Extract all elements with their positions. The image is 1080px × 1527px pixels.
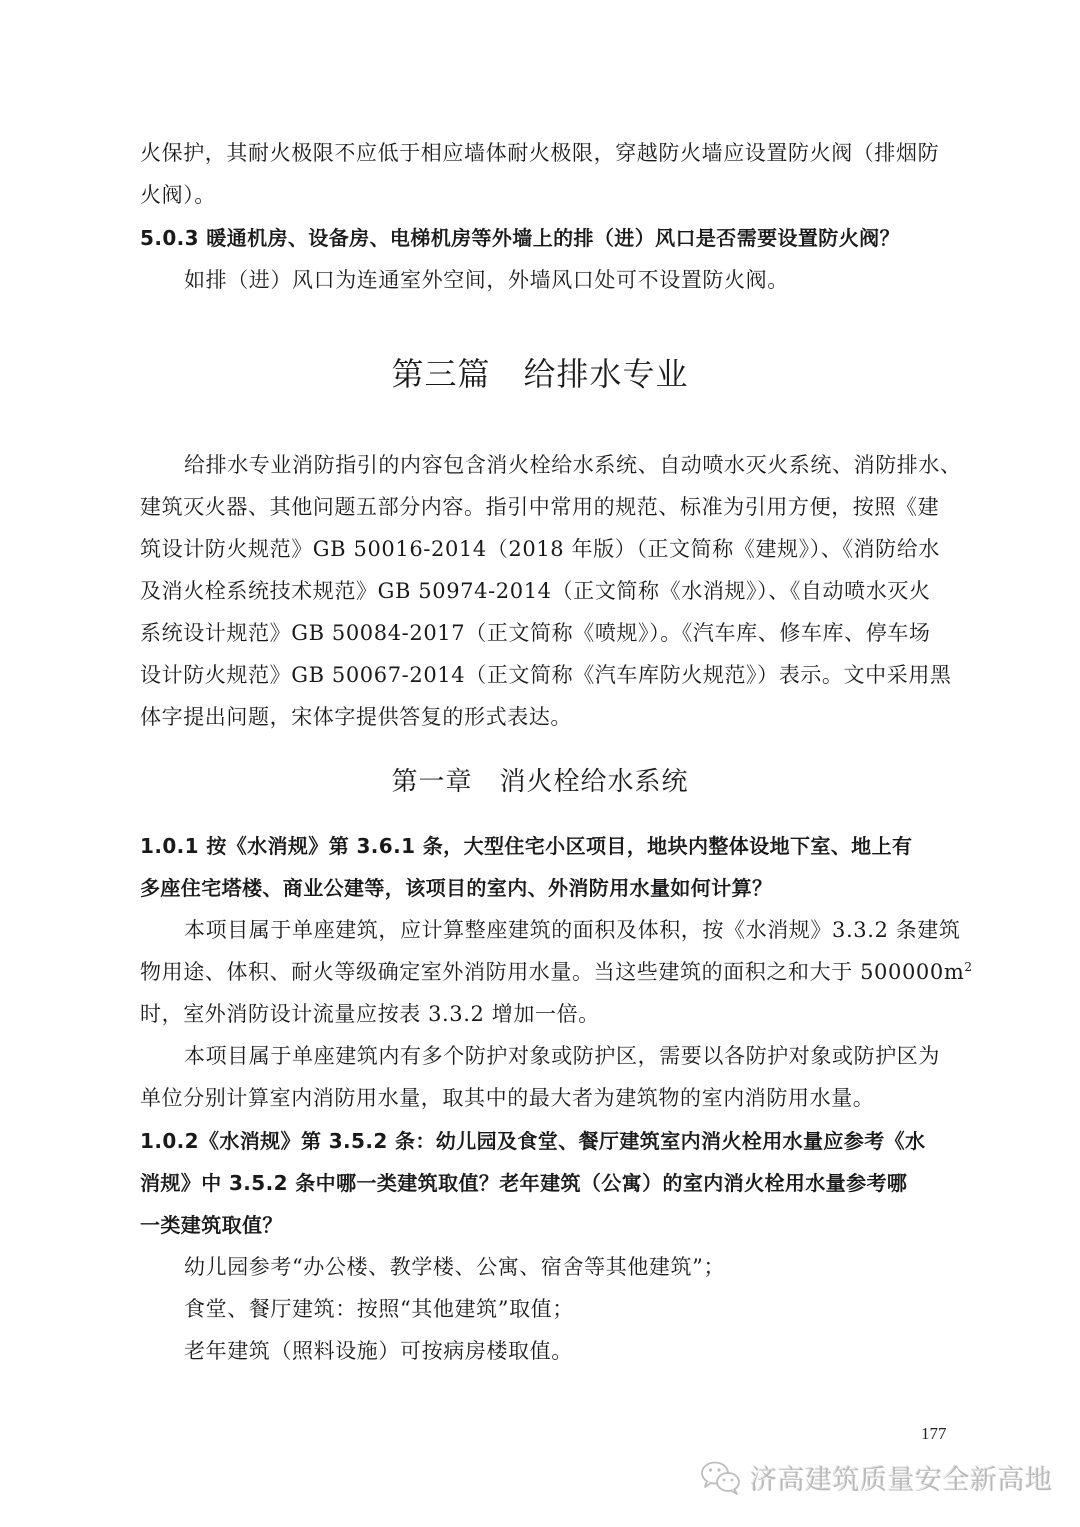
answer-text: 物用途、体积、耐火等级确定室外消防用水量。当这些建筑的面积之和大于 500000… xyxy=(140,960,964,984)
answer-1-0-1-line: 单位分别计算室内消防用水量，取其中的最大者为建筑物的室内消防用水量。 xyxy=(140,1083,874,1113)
answer-1-0-2-item: 幼儿园参考“办公楼、教学楼、公寓、宿舍等其他建筑”； xyxy=(184,1252,725,1282)
intro-line: 建筑灭火器、其他问题五部分内容。指引中常用的规范、标准为引用方便，按照《建 xyxy=(140,492,939,522)
body-line: 火阀）。 xyxy=(140,180,216,210)
answer-5-0-3: 如排（进）风口为连通室外空间，外墙风口处可不设置防火阀。 xyxy=(184,265,789,295)
watermark: 济高建筑质量安全新高地 xyxy=(700,1458,1053,1497)
question-1-0-2: 消规》中 3.5.2 条中哪一类建筑取值？老年建筑（公寓）的室内消火栓用水量参考… xyxy=(140,1168,907,1198)
intro-line: 筑设计防火规范》GB 50016-2014（2018 年版）（正文简称《建规》）… xyxy=(140,534,940,564)
answer-1-0-1-line: 本项目属于单座建筑内有多个防护对象或防护区，需要以各防护对象或防护区为 xyxy=(184,1041,940,1071)
intro-line: 系统设计规范》GB 50084-2017（正文简称《喷规》）。《汽车库、修车库、… xyxy=(140,618,931,648)
answer-1-0-1-line: 本项目属于单座建筑，应计算整座建筑的面积及体积，按《水消规》3.3.2 条建筑 xyxy=(184,915,961,945)
intro-line: 体字提出问题，宋体字提供答复的形式表达。 xyxy=(140,702,572,732)
question-1-0-1: 多座住宅塔楼、商业公建等，该项目的室内、外消防用水量如何计算？ xyxy=(140,873,772,903)
intro-line: 给排水专业消防指引的内容包含消火栓给水系统、自动喷水灭火系统、消防排水、 xyxy=(184,450,962,480)
wechat-icon xyxy=(700,1460,742,1496)
chapter-title: 第一章 消火栓给水系统 xyxy=(140,764,940,800)
watermark-text: 济高建筑质量安全新高地 xyxy=(750,1458,1053,1497)
intro-line: 及消火栓系统技术规范》GB 50974-2014（正文简称《水消规》）、《自动喷… xyxy=(140,576,931,606)
question-1-0-1: 1.0.1 按《水消规》第 3.6.1 条，大型住宅小区项目，地块内整体设地下室… xyxy=(140,831,912,861)
body-line: 火保护，其耐火极限不应低于相应墙体耐火极限，穿越防火墙应设置防火阀（排烟防 xyxy=(140,138,939,168)
answer-1-0-2-item: 食堂、餐厅建筑：按照“其他建筑”取值； xyxy=(184,1294,574,1324)
page-number: 177 xyxy=(921,1424,947,1444)
intro-line: 设计防火规范》GB 50067-2014（正文简称《汽车库防火规范》）表示。文中… xyxy=(140,660,952,690)
question-5-0-3: 5.0.3 暖通机房、设备房、电梯机房等外墙上的排（进）风口是否需要设置防火阀？ xyxy=(140,223,900,253)
area-superscript: 2 xyxy=(964,960,972,974)
part-title: 第三篇 给排水专业 xyxy=(140,352,940,396)
question-1-0-2: 1.0.2《水消规》第 3.5.2 条：幼儿园及食堂、餐厅建筑室内消火栓用水量应… xyxy=(140,1126,925,1156)
answer-1-0-1-line: 物用途、体积、耐火等级确定室外消防用水量。当这些建筑的面积之和大于 500000… xyxy=(140,957,973,987)
answer-1-0-1-line: 时，室外消防设计流量应按表 3.3.2 增加一倍。 xyxy=(140,999,600,1029)
question-1-0-2: 一类建筑取值？ xyxy=(140,1210,283,1240)
answer-1-0-2-item: 老年建筑（照料设施）可按病房楼取值。 xyxy=(184,1336,573,1366)
